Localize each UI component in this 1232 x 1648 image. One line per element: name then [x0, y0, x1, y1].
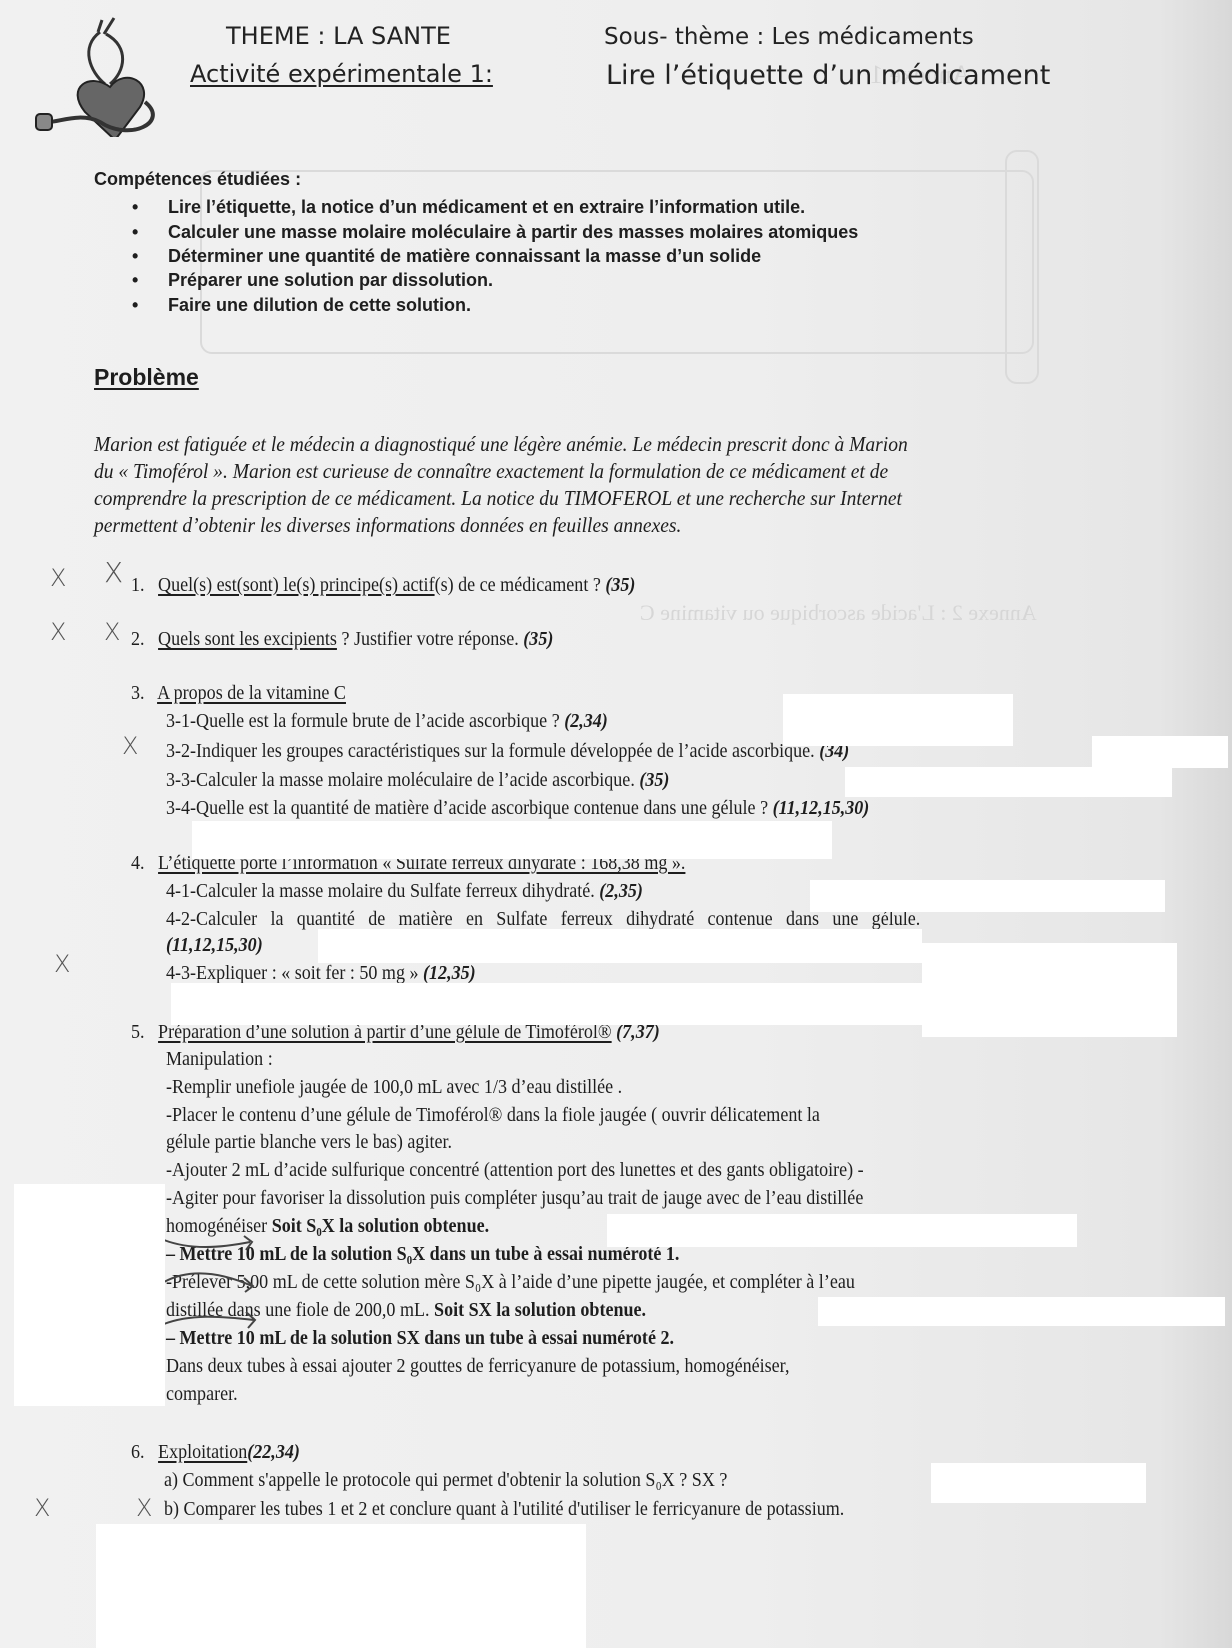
cross-mark: X: [50, 564, 66, 592]
manip-label: Manipulation :: [166, 1048, 273, 1071]
answer-blank: [931, 1463, 1146, 1503]
competence-item: Déterminer une quantité de matière conna…: [168, 246, 761, 267]
question-3-4: 3-4-Quelle est la quantité de matière d’…: [166, 797, 869, 820]
answer-blank: [192, 821, 832, 859]
answer-blank: [783, 694, 1013, 746]
answer-blank: [1092, 736, 1228, 768]
probleme-line: Marion est fatiguée et le médecin a diag…: [94, 432, 908, 457]
subtheme-label: Sous- thème : Les médicaments: [604, 24, 974, 50]
cross-mark: X: [50, 618, 66, 646]
hand-arrow-icon: [160, 1228, 270, 1338]
competence-item: Lire l’étiquette, la notice d’un médicam…: [168, 197, 805, 218]
answer-blank: [810, 880, 1165, 912]
answer-blank: [96, 1524, 586, 1648]
cross-mark: X: [54, 950, 70, 978]
question-3-2: 3-2-Indiquer les groupes caractéristique…: [166, 740, 849, 763]
competence-item: Préparer une solution par dissolution.: [168, 270, 493, 291]
heart-stethoscope-icon: [30, 12, 160, 137]
probleme-line: comprendre la prescription de ce médicam…: [94, 486, 902, 511]
question-1: 1. Quel(s) est(sont) le(s) principe(s) a…: [131, 574, 635, 597]
probleme-line: du « Timoférol ». Marion est curieuse de…: [94, 459, 888, 484]
question-4-2-ref: (11,12,15,30): [166, 934, 263, 957]
manip-step: -Ajouter 2 mL d’acide sulfurique concent…: [166, 1159, 864, 1182]
probleme-line: permettent d’obtenir les diverses inform…: [94, 513, 681, 538]
manip-step: -Remplir unefiole jaugée de 100,0 mL ave…: [166, 1076, 622, 1099]
manip-step: Dans deux tubes à essai ajouter 2 goutte…: [166, 1355, 789, 1378]
manip-step: comparer.: [166, 1383, 238, 1406]
answer-blank: [607, 1214, 1077, 1247]
question-6-a: a) Comment s'appelle le protocole qui pe…: [164, 1469, 727, 1492]
ghost-text: Annexe 2 : L'acide ascorbique ou vitamin…: [640, 600, 1037, 626]
probleme-heading: Problème: [94, 364, 199, 391]
manip-step: -Agiter pour favoriser la dissolution pu…: [166, 1187, 863, 1210]
logo: [30, 12, 160, 137]
cross-mark: X: [122, 732, 138, 760]
competence-item: Faire une dilution de cette solution.: [168, 295, 471, 316]
question-4-2: 4-2-Calculer la quantité de matière en S…: [166, 908, 920, 931]
question-2: 2. Quels sont les excipients ? Justifier…: [131, 628, 553, 651]
competence-item: Calculer une masse molaire moléculaire à…: [168, 222, 858, 243]
manip-step: -Placer le contenu d’une gélule de Timof…: [166, 1104, 820, 1127]
page-title: Lire l’étiquette d’un médicament: [606, 60, 1050, 91]
cross-mark: X: [104, 556, 123, 589]
cross-mark: X: [136, 1494, 152, 1522]
ghost-tube: [1005, 150, 1039, 384]
answer-blank: [14, 1184, 165, 1406]
question-4-1: 4-1-Calculer la masse molaire du Sulfate…: [166, 880, 643, 903]
question-3: 3. A propos de la vitamine C: [131, 682, 346, 705]
question-3-1: 3-1-Quelle est la formule brute de l’aci…: [166, 710, 608, 733]
question-6: 6. Exploitation(22,34): [131, 1441, 300, 1464]
question-4-3: 4-3-Expliquer : « soit fer : 50 mg » (12…: [166, 962, 476, 985]
question-3-3: 3-3-Calculer la masse molaire moléculair…: [166, 769, 669, 792]
activity-label: Activité expérimentale 1:: [190, 60, 493, 88]
answer-blank: [845, 767, 1172, 797]
answer-blank: [171, 983, 922, 1025]
manip-step: gélule partie blanche vers le bas) agite…: [166, 1131, 452, 1154]
cross-mark: X: [34, 1494, 50, 1522]
cross-mark: X: [104, 618, 120, 646]
theme-label: THEME : LA SANTE: [226, 22, 451, 50]
answer-blank: [318, 929, 922, 963]
question-number: 1.: [131, 574, 145, 596]
answer-blank: [922, 943, 1177, 1037]
competences-heading: Compétences étudiées :: [94, 169, 301, 190]
question-6-b: b) Comparer les tubes 1 et 2 et conclure…: [164, 1498, 844, 1521]
answer-blank: [818, 1297, 1225, 1326]
